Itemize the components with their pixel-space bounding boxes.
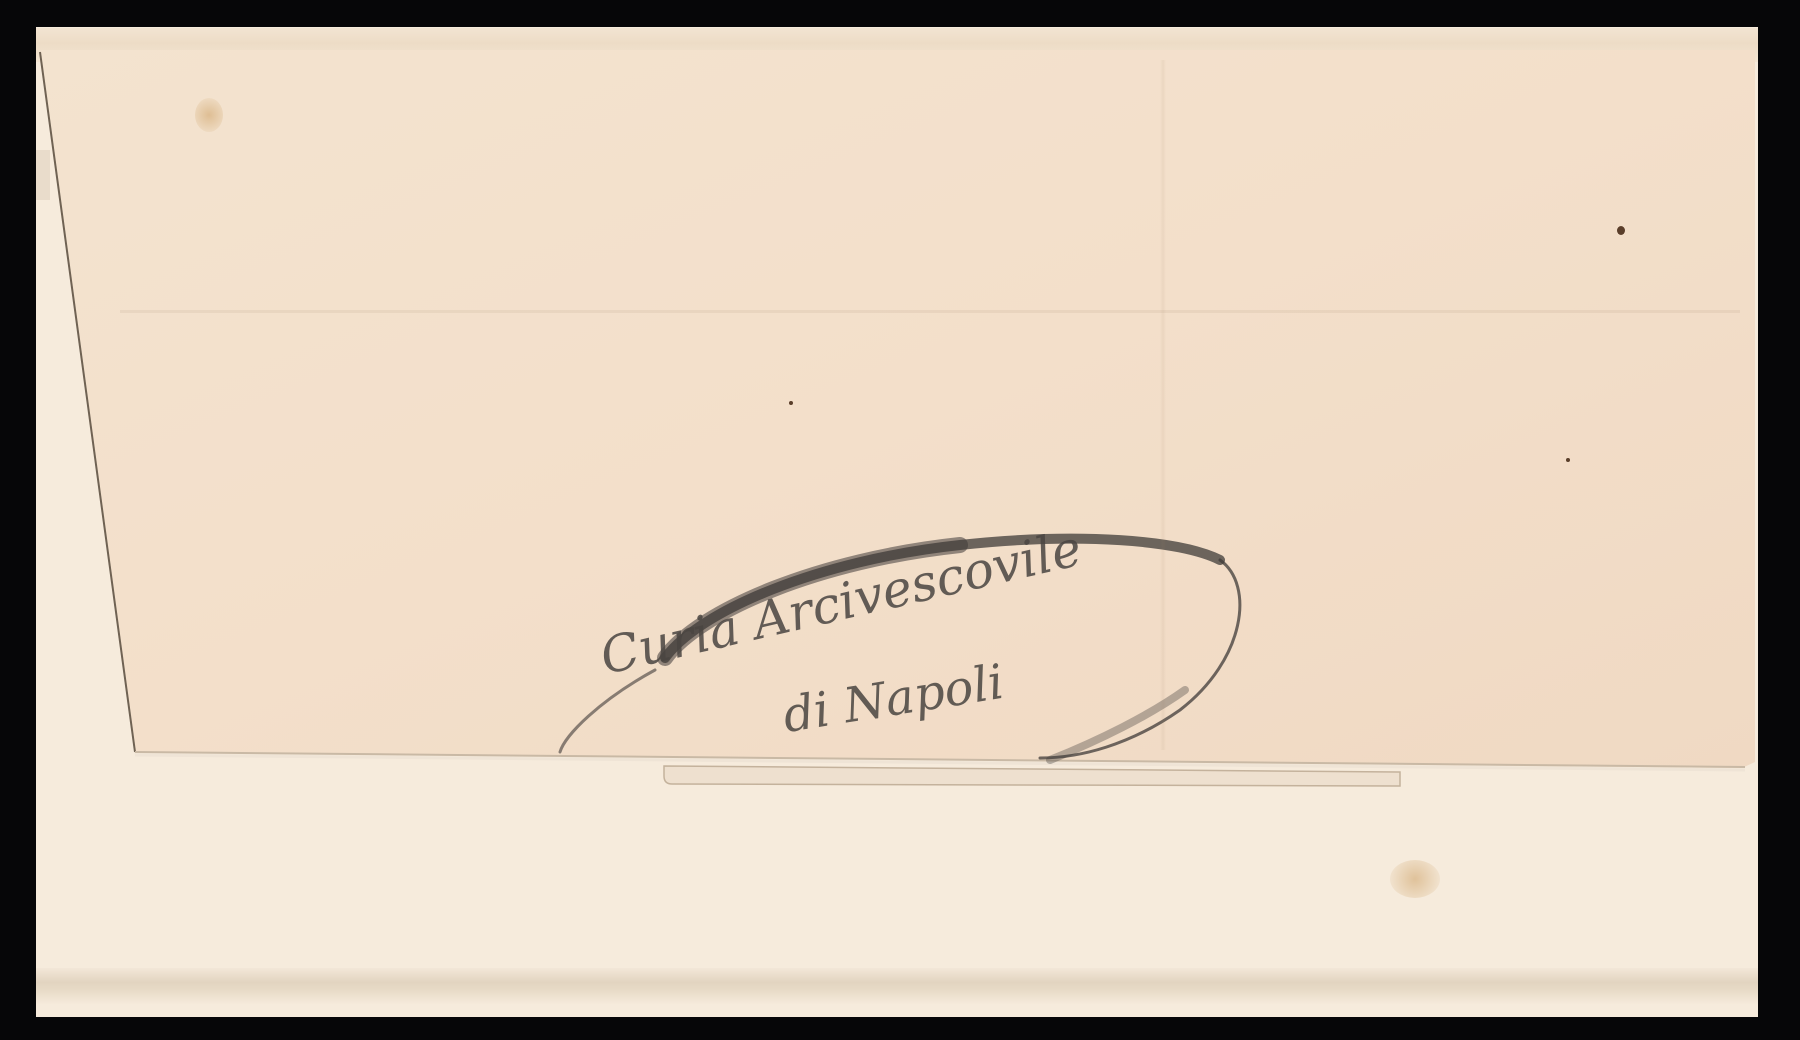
ink-dot [1566,458,1570,462]
top-fold-band [36,28,1758,62]
letter-sheet [36,27,1758,1017]
ink-dot [1617,226,1625,235]
handstamp: Curia Arcivescovile di Napoli [548,528,1248,768]
ink-dot [789,401,793,405]
stain-top-left [195,98,223,132]
stain-bottom-right [1390,860,1440,898]
handstamp-line-2: di Napoli [779,654,1007,744]
horizontal-crease [120,310,1740,313]
handstamp-line-1: Curia Arcivescovile [595,519,1087,686]
bottom-fold-band [36,968,1758,1004]
